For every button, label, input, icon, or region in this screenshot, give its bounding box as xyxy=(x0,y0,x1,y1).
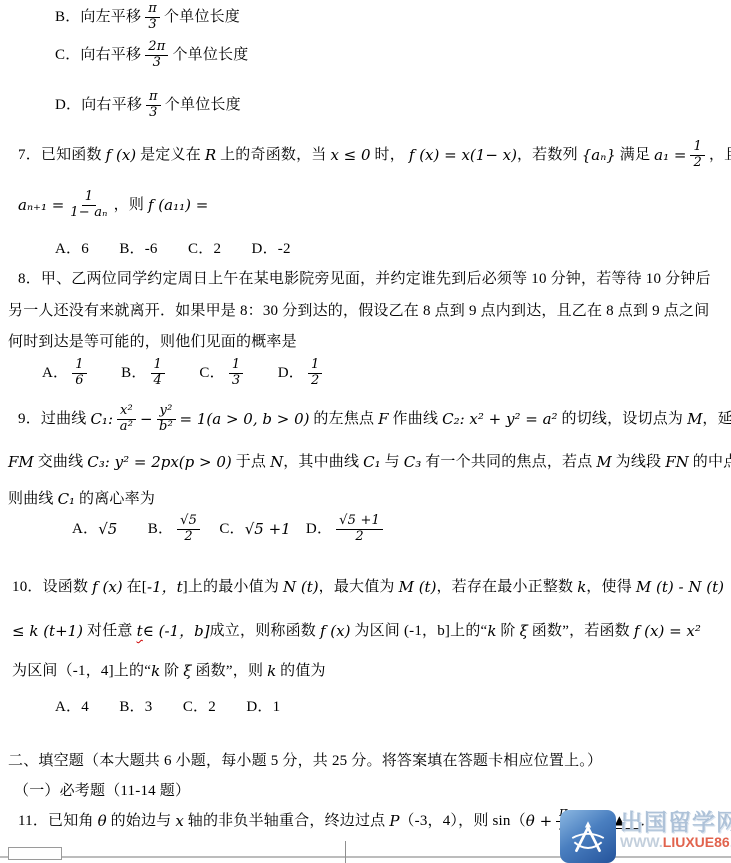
question-7-line-1: 7．已知函数 f (x) 是定义在 R 上的奇函数，当 x ≤ 0 时， f (… xyxy=(18,140,731,171)
question-10-line-2: ≤ k (t+1) 对任意 t∈ (-1，b]成立，则称函数 f (x) 为区间… xyxy=(12,622,701,641)
math-run: a₁ = xyxy=(654,146,686,165)
text-run: ，则 xyxy=(114,196,148,215)
text-run: 满足 xyxy=(616,146,654,165)
liuxue86-watermark: 出国留学网 WWW.LIUXUE86.COM xyxy=(560,810,731,863)
math-run: C₂: x² + y² = a² xyxy=(442,410,557,429)
text-run: B．向左平移 xyxy=(55,8,141,27)
math-run: f (x) xyxy=(320,622,350,641)
fraction: 2π3 xyxy=(145,40,168,71)
math-run: C₁ xyxy=(363,453,381,472)
page-corner-marker xyxy=(8,847,62,860)
text-run: （-3，4），则 sin（ xyxy=(399,812,525,831)
fraction: 13 xyxy=(229,358,243,389)
math-run: C₃: y² = 2px(p > 0) xyxy=(87,453,231,472)
math-run: √5 +1 xyxy=(245,520,291,539)
fraction: √5 +12 xyxy=(336,514,383,545)
text-run: 7．已知函数 xyxy=(18,146,106,165)
text-run: 作曲线 xyxy=(389,410,443,429)
text-run: 9．过曲线 xyxy=(18,410,90,429)
text-run: ，使得 xyxy=(586,578,636,597)
math-run: x ≤ 0 xyxy=(330,146,370,165)
text-run: 函数”，若函数 xyxy=(528,622,634,641)
watermark-site-name: 出国留学网 xyxy=(620,810,731,835)
text-run: ，最大值为 xyxy=(319,578,399,597)
math-run: aₙ₊₁ = xyxy=(18,196,64,215)
text-run: D． xyxy=(247,364,304,383)
text-run: 个单位长度 xyxy=(172,46,248,65)
section-2-subheading: （一）必考题（11-14 题） xyxy=(14,782,190,801)
math-run: C₁ xyxy=(58,490,76,509)
question-9-line-2: FM 交曲线 C₃: y² = 2px(p > 0) 于点 N，其中曲线 C₁ … xyxy=(8,453,731,472)
math-run: ∈ (-1，b] xyxy=(143,622,210,641)
math-run: − xyxy=(140,410,153,429)
text-run: ，若存在最小正整数 xyxy=(436,578,577,597)
text-run: 为区间（-1，4]上的“ xyxy=(12,662,151,681)
fraction: π3 xyxy=(145,2,160,33)
question-9-line-3: 则曲线 C₁ 的离心率为 xyxy=(8,490,155,509)
math-run: -1，t xyxy=(147,578,183,597)
question-9-line-1: 9．过曲线 C₁:x²a²−y²b²= 1(a > 0, b > 0) 的左焦点… xyxy=(18,404,731,435)
text-run: 对任意 xyxy=(83,622,137,641)
text-run: 是定义在 xyxy=(136,146,205,165)
text-run: A．4 B．3 C．2 D．1 xyxy=(55,698,280,717)
math-run: FM xyxy=(8,453,34,472)
math-run: ξ xyxy=(183,662,191,681)
text-run: 阶 xyxy=(496,622,519,641)
option-b-line: B．向左平移π3个单位长度 xyxy=(55,2,240,33)
option-d-line: D．向右平移π3个单位长度 xyxy=(55,90,241,121)
math-run: k xyxy=(267,662,276,681)
option-c-line: C．向右平移2π3个单位长度 xyxy=(55,40,248,71)
math-run: R xyxy=(205,146,216,165)
math-run: k xyxy=(487,622,496,641)
text-run: 则曲线 xyxy=(8,490,58,509)
fraction: 11− aₙ xyxy=(68,190,109,221)
math-run: C₁: xyxy=(90,410,113,429)
math-run: ξ xyxy=(520,622,528,641)
question-8-line-2: 另一人还没有来就离开．如果甲是 8：30 分到达的，假设乙在 8 点到 9 点内… xyxy=(8,302,709,321)
math-run: ≤ k (t+1) xyxy=(12,622,83,641)
fraction: 12 xyxy=(308,358,322,389)
question-9-options: A．√5 B．√52 C．√5 +1 D．√5 +12 xyxy=(72,514,387,545)
text-run: ，若数列 xyxy=(517,146,582,165)
math-run: M xyxy=(687,410,702,429)
question-8-line-1: 8．甲、乙两位同学约定周日上午在某电影院旁见面，并约定谁先到后必须等 10 分钟… xyxy=(18,270,711,289)
text-run: 的中点， xyxy=(689,453,731,472)
math-run: P xyxy=(389,812,399,831)
math-run: FN xyxy=(665,453,689,472)
text-run: 于点 xyxy=(232,453,270,472)
exam-document-page: B．向左平移π3个单位长度 C．向右平移2π3个单位长度 D．向右平移π3个单位… xyxy=(0,0,731,863)
question-7-line-2: aₙ₊₁ =11− aₙ，则 f (a₁₁) = xyxy=(18,190,208,221)
question-8-options: A．16 B．14 C．13 D．12 xyxy=(42,358,326,389)
text-run: 何时到达是等可能的，则他们见面的概率是 xyxy=(8,333,297,352)
text-run: 轴的非负半轴重合，终边过点 xyxy=(184,812,390,831)
math-run: θ + xyxy=(526,812,552,831)
math-run: f (x) xyxy=(92,578,122,597)
text-run: 在[ xyxy=(123,578,147,597)
math-run: {aₙ} xyxy=(582,146,616,165)
math-run: f (x) xyxy=(106,146,136,165)
section-2-heading: 二、填空题（本大题共 6 小题，每小题 5 分，共 25 分。将答案填在答题卡相… xyxy=(8,752,602,771)
math-run: k xyxy=(577,578,586,597)
math-run: f (x) = x² xyxy=(634,622,701,641)
text-run: 上的奇函数，当 xyxy=(216,146,330,165)
question-10-options: A．4 B．3 C．2 D．1 xyxy=(55,698,280,717)
text-run: D． xyxy=(291,520,332,539)
watermark-url-prefix: WWW. xyxy=(620,834,663,850)
math-run: M (t) - N (t) xyxy=(636,578,724,597)
text-run: A．6 B．-6 C．2 D．-2 xyxy=(55,240,291,259)
text-run: 的始边与 xyxy=(107,812,176,831)
math-run: F xyxy=(378,410,388,429)
text-run: 的左焦点 xyxy=(309,410,378,429)
fraction: x²a² xyxy=(117,404,136,435)
text-run: 8．甲、乙两位同学约定周日上午在某电影院旁见面，并约定谁先到后必须等 10 分钟… xyxy=(18,270,711,289)
text-run: C． xyxy=(169,364,225,383)
fraction: 12 xyxy=(690,140,704,171)
drawing-compass-icon xyxy=(560,810,616,863)
text-run: ，其中曲线 xyxy=(283,453,363,472)
math-run: C₃ xyxy=(404,453,422,472)
math-run: x xyxy=(175,812,183,831)
text-run: 成立，则称函数 xyxy=(210,622,320,641)
text-run: 另一人还没有来就离开．如果甲是 8：30 分到达的，假设乙在 8 点到 9 点内… xyxy=(8,302,709,321)
math-run: θ xyxy=(98,812,107,831)
math-run: k xyxy=(151,662,160,681)
fraction: y²b² xyxy=(157,404,176,435)
math-run: √5 xyxy=(98,520,117,539)
text-run: 与 xyxy=(381,453,404,472)
text-run: 10．设函数 xyxy=(12,578,92,597)
fraction: 16 xyxy=(72,358,86,389)
text-run: 个单位长度 xyxy=(165,96,241,115)
math-run: M xyxy=(596,453,611,472)
fraction: π3 xyxy=(146,90,161,121)
text-run: 有一个共同的焦点，若点 xyxy=(421,453,596,472)
text-run: C． xyxy=(204,520,245,539)
text-run: D．向右平移 xyxy=(55,96,142,115)
text-run: 时， xyxy=(371,146,409,165)
watermark-url: WWW.LIUXUE86.COM xyxy=(620,835,731,850)
watermark-texts: 出国留学网 WWW.LIUXUE86.COM xyxy=(620,810,731,851)
text-run: ]上的最小值为 xyxy=(183,578,283,597)
text-run: （一）必考题（11-14 题） xyxy=(14,782,190,801)
watermark-url-accent: LIUXUE86 xyxy=(663,834,730,850)
fraction: √52 xyxy=(177,514,200,545)
text-run: 的切线，设切点为 xyxy=(558,410,688,429)
math-run: N (t) xyxy=(283,578,319,597)
text-run: ，延长 xyxy=(702,410,731,429)
text-run: C．向右平移 xyxy=(55,46,141,65)
text-run: 函数”，则 xyxy=(192,662,268,681)
question-8-line-3: 何时到达是等可能的，则他们见面的概率是 xyxy=(8,333,297,352)
question-10-line-3: 为区间（-1，4]上的“k 阶 ξ 函数”，则 k 的值为 xyxy=(12,662,326,681)
text-run: 交曲线 xyxy=(34,453,88,472)
text-run: B． xyxy=(117,520,173,539)
text-run: A． xyxy=(72,520,98,539)
text-run: B． xyxy=(91,364,147,383)
text-run: 阶 xyxy=(160,662,183,681)
math-run: f (a₁₁) = xyxy=(148,196,208,215)
text-run: A． xyxy=(42,364,68,383)
page-column-tick xyxy=(345,841,346,863)
text-run: 个单位长度 xyxy=(164,8,240,27)
text-run: ，且 xyxy=(709,146,731,165)
fraction: 14 xyxy=(151,358,165,389)
text-run: 为区间 (-1，b]上的“ xyxy=(350,622,487,641)
math-run: = 1(a > 0, b > 0) xyxy=(180,410,310,429)
text-run: 的值为 xyxy=(276,662,326,681)
question-10-line-1: 10．设函数 f (x) 在[-1，t]上的最小值为 N (t)，最大值为 M … xyxy=(12,578,724,597)
text-run: 的离心率为 xyxy=(75,490,155,509)
math-run: N xyxy=(270,453,283,472)
question-7-options: A．6 B．-6 C．2 D．-2 xyxy=(55,240,291,259)
text-run: 为线段 xyxy=(612,453,666,472)
text-run: 11．已知角 xyxy=(18,812,98,831)
math-run: f (x) = x(1− x) xyxy=(409,146,517,165)
math-run: M (t) xyxy=(399,578,437,597)
text-run: 二、填空题（本大题共 6 小题，每小题 5 分，共 25 分。将答案填在答题卡相… xyxy=(8,752,602,771)
